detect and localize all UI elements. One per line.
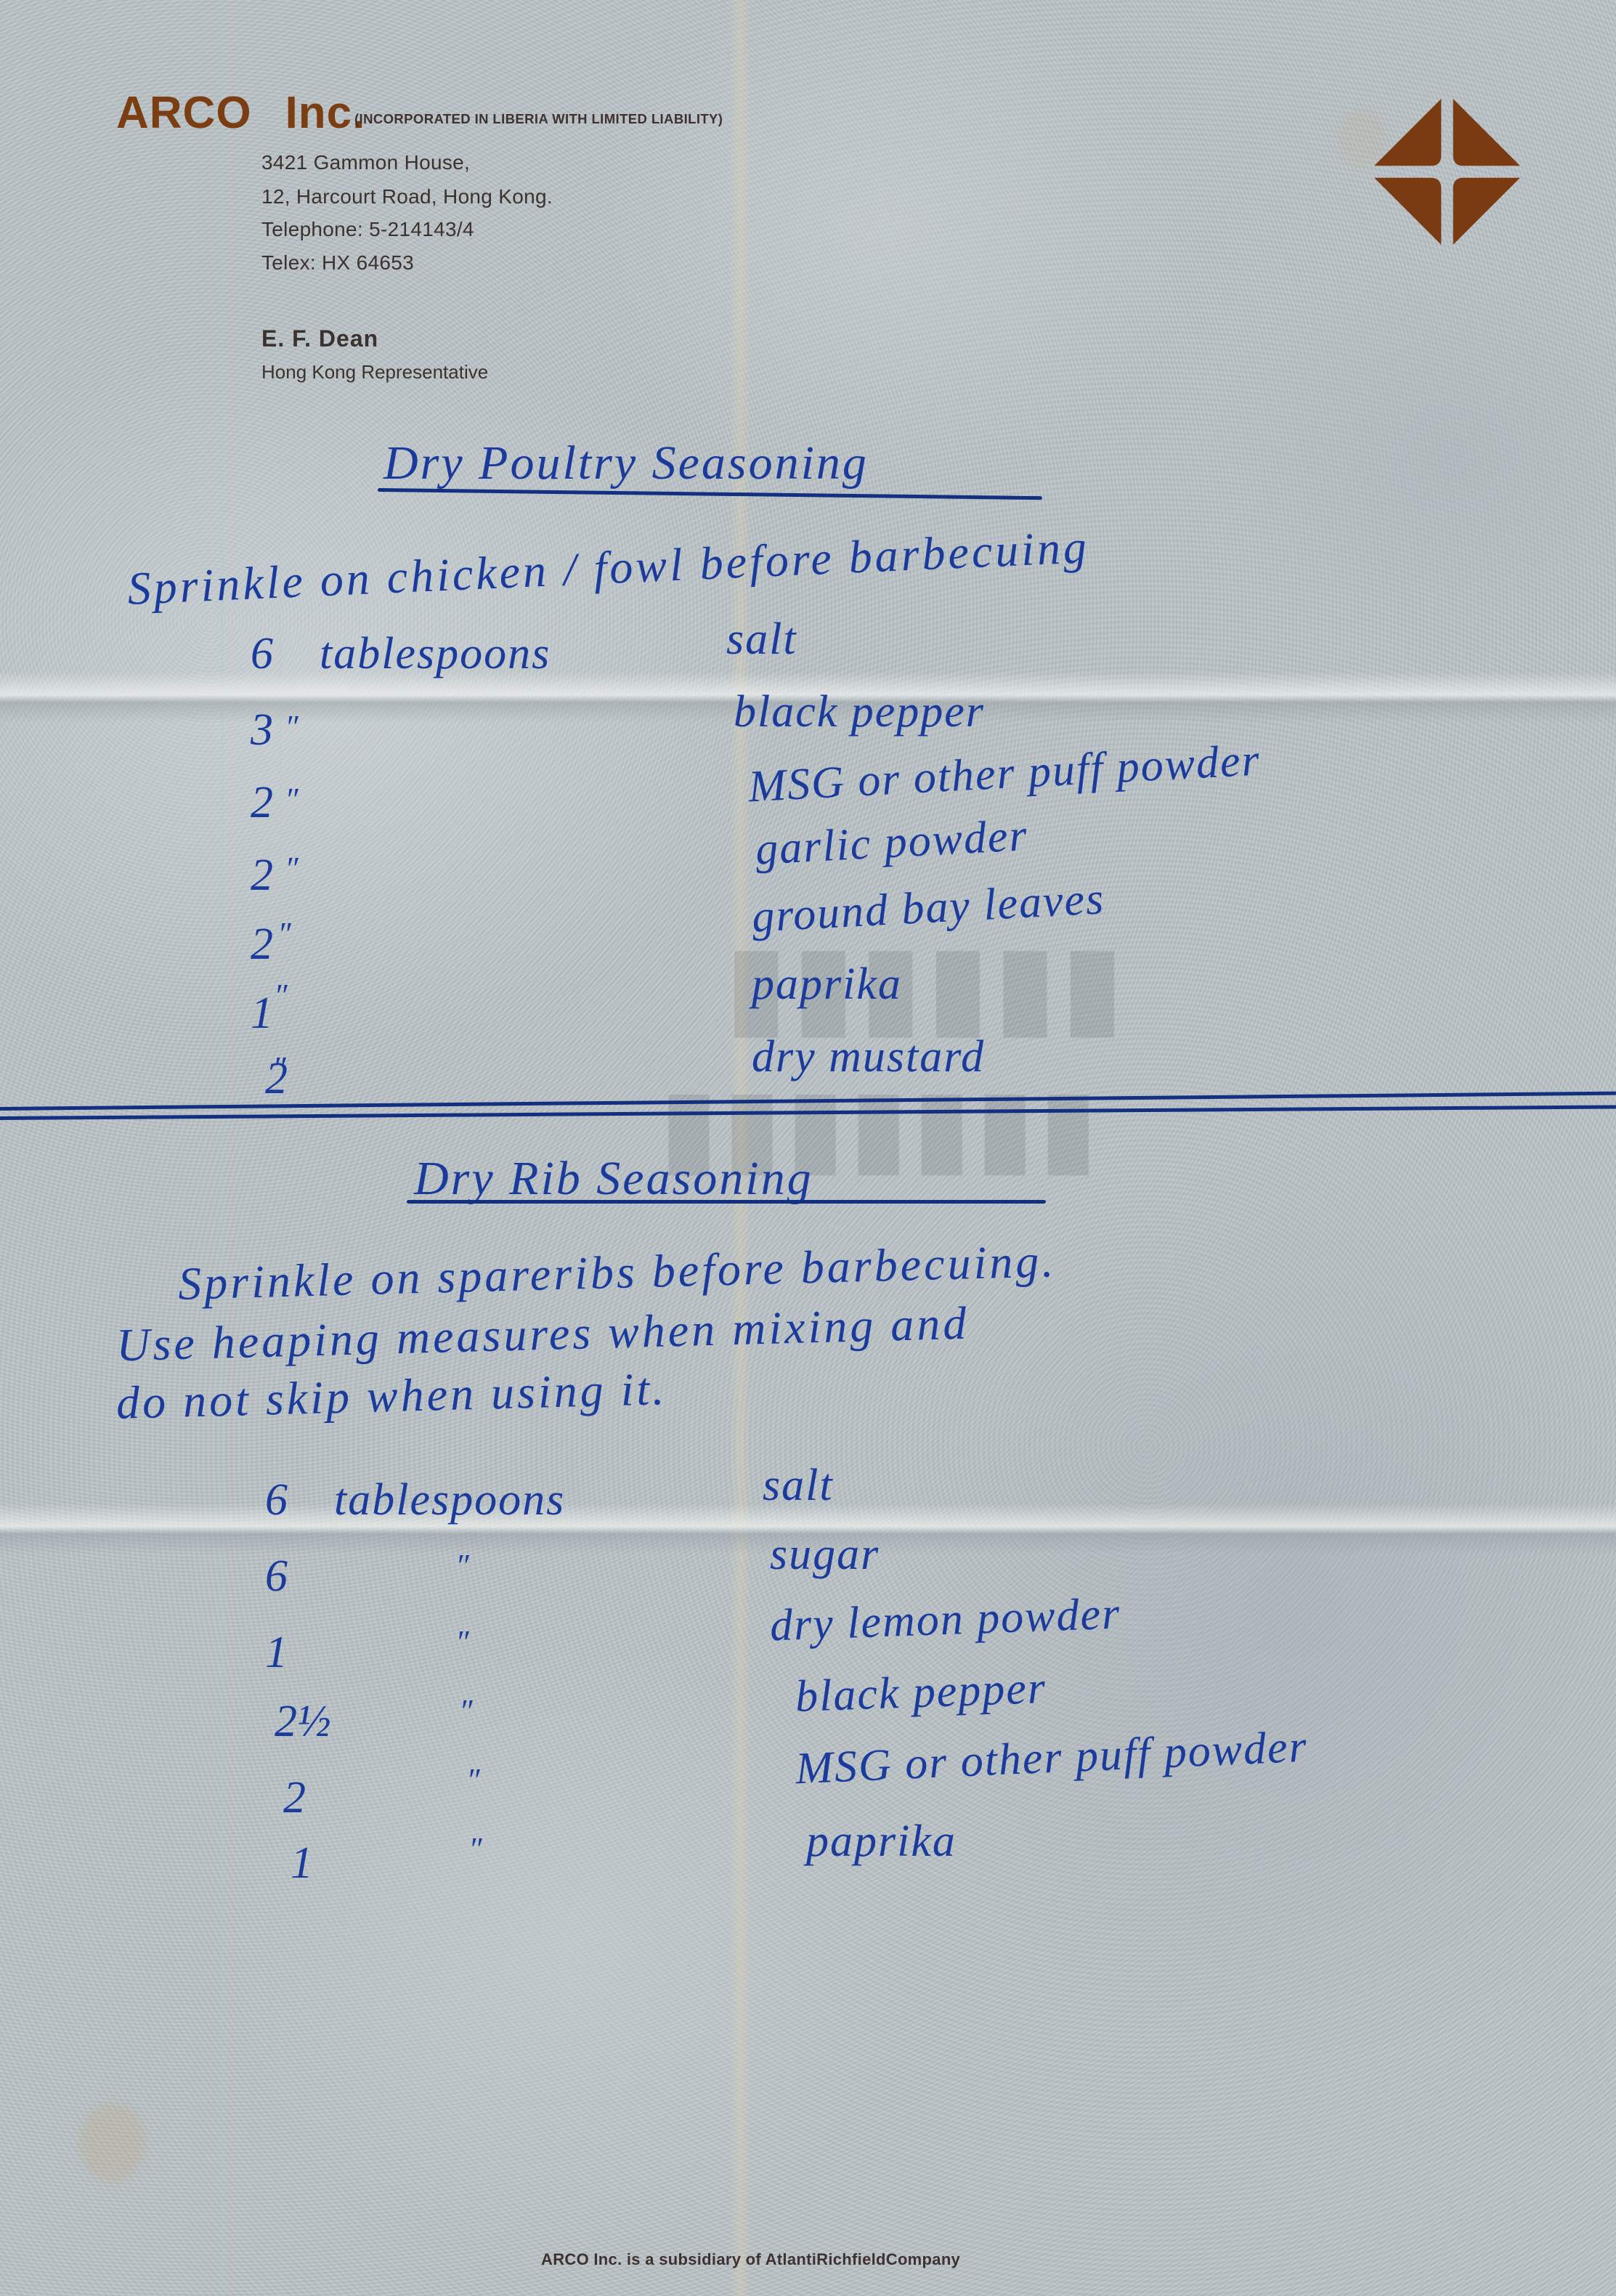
title-underline bbox=[407, 1200, 1046, 1204]
ditto-mark: ″ bbox=[287, 781, 300, 818]
telex-line: Telex: HX 64653 bbox=[261, 251, 414, 275]
ingredient-name: salt bbox=[763, 1460, 834, 1512]
ingredient-name: MSG or other puff powder bbox=[795, 1721, 1309, 1796]
ingredient-qty: 6 bbox=[265, 1551, 288, 1602]
recipe-instruction: Sprinkle on chicken / fowl before barbec… bbox=[126, 520, 1090, 616]
ditto-mark: ″ bbox=[276, 977, 289, 1014]
address-line: 3421 Gammon House, bbox=[261, 151, 470, 174]
letter-sheet: ▮▮▮▮▮▮ ▮▮▮▮▮▮▮ ARCOInc. (INCORPORATED IN… bbox=[0, 0, 1616, 2296]
ditto-mark: ″ bbox=[287, 708, 300, 745]
ingredient-name: sugar bbox=[770, 1529, 880, 1581]
ingredient-name: garlic powder bbox=[754, 810, 1029, 876]
incorporation-note: (INCORPORATED IN LIBERIA WITH LIMITED LI… bbox=[354, 111, 723, 127]
ingredient-name: paprika bbox=[752, 959, 902, 1010]
ingredient-name: black pepper bbox=[734, 686, 985, 738]
ingredient-name: dry mustard bbox=[752, 1031, 985, 1083]
ingredient-qty: 6 bbox=[251, 628, 273, 680]
ingredient-name: dry lemon powder bbox=[769, 1589, 1121, 1652]
recipe-title: Dry Rib Seasoning bbox=[414, 1151, 813, 1206]
arco-spark-diamond-icon bbox=[1373, 97, 1522, 246]
ditto-mark: ″ bbox=[458, 1623, 471, 1660]
telephone-line: Telephone: 5-214143/4 bbox=[261, 218, 474, 241]
ditto-mark: ″ bbox=[287, 850, 300, 887]
footer-subsidiary-note: ARCO Inc. is a subsidiary of AtlantiRich… bbox=[541, 2250, 960, 2269]
ingredient-qty: 1 bbox=[291, 1838, 313, 1889]
ditto-mark: ″ bbox=[468, 1761, 482, 1798]
ingredient-qty: 3 bbox=[251, 705, 273, 756]
ingredient-qty: 1 bbox=[251, 988, 273, 1039]
ingredient-name: black pepper bbox=[795, 1663, 1047, 1723]
paper-stain bbox=[80, 2103, 145, 2183]
ingredient-name: MSG or other puff powder bbox=[747, 735, 1262, 814]
ingredient-qty: 2 bbox=[251, 919, 273, 970]
ingredient-qty: 6 bbox=[265, 1474, 288, 1526]
recipe-instruction: do not skip when using it. bbox=[115, 1362, 667, 1430]
representative-name: E. F. Dean bbox=[261, 325, 378, 352]
ingredient-name: paprika bbox=[806, 1816, 957, 1867]
company-name-main: ARCO bbox=[116, 88, 252, 138]
ingredient-qty: 2 bbox=[251, 850, 273, 901]
ditto-mark: ″ bbox=[471, 1830, 484, 1867]
ditto-mark: ″ bbox=[461, 1692, 474, 1729]
ingredient-unit: tablespoons bbox=[334, 1474, 565, 1526]
company-name: ARCOInc. bbox=[116, 87, 365, 139]
ditto-mark: ″ bbox=[275, 1050, 288, 1087]
ingredient-qty: 2 bbox=[251, 777, 273, 829]
ditto-mark: ″ bbox=[458, 1547, 471, 1584]
ingredient-qty: 1 bbox=[265, 1627, 288, 1679]
recipe-title: Dry Poultry Seasoning bbox=[383, 436, 869, 491]
ingredient-name: salt bbox=[726, 614, 797, 665]
representative-title: Hong Kong Representative bbox=[261, 361, 488, 384]
ditto-mark: ″ bbox=[280, 915, 293, 952]
ingredient-qty: 2½ bbox=[275, 1696, 331, 1748]
company-suffix: Inc. bbox=[285, 88, 366, 138]
address-line: 12, Harcourt Road, Hong Kong. bbox=[261, 185, 553, 208]
margin-rule-line bbox=[222, 0, 223, 2296]
ingredient-qty: 2 bbox=[283, 1772, 306, 1824]
ingredient-unit: tablespoons bbox=[320, 628, 551, 680]
